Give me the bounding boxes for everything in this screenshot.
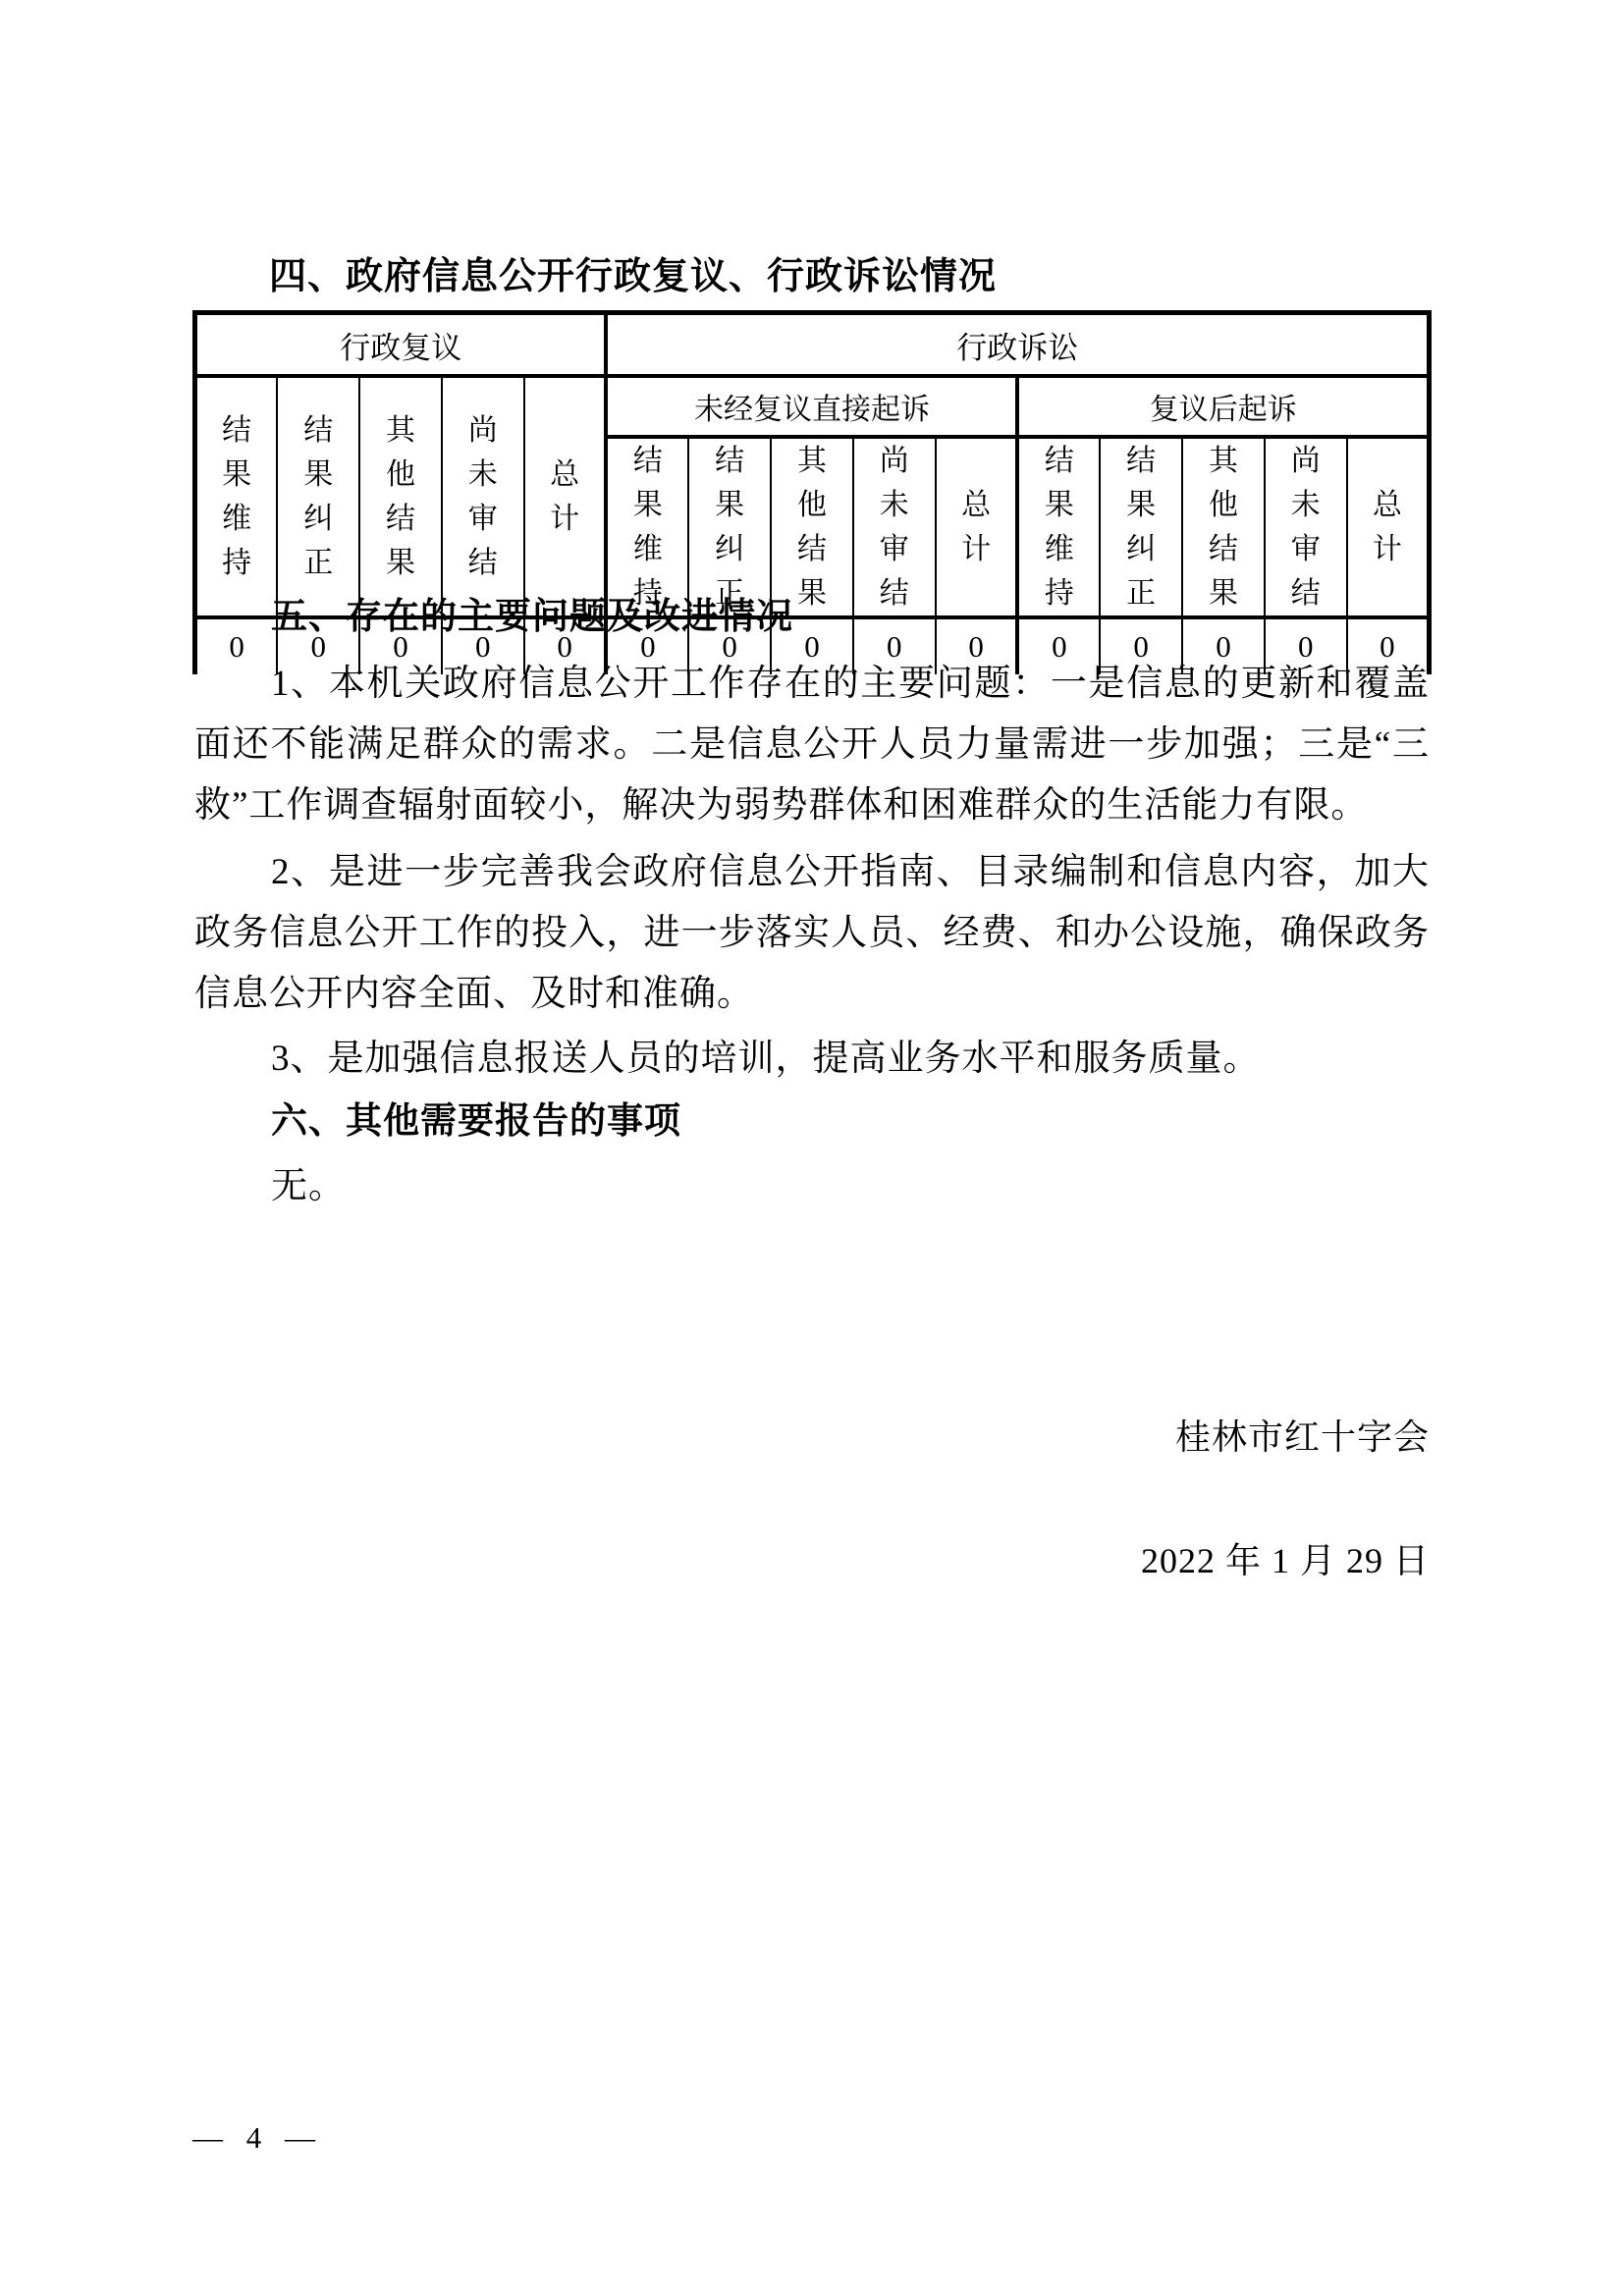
col-header-pending: 尚未审结 bbox=[442, 376, 524, 617]
col-header-result-upheld: 结果维持 bbox=[195, 376, 278, 617]
col-header-result-corrected: 结果纠正 bbox=[1100, 437, 1182, 617]
col-header-result-corrected: 结果纠正 bbox=[688, 437, 771, 617]
section6-heading: 六、其他需要报告的事项 bbox=[271, 1099, 681, 1143]
group-header-admin-litigation: 行政诉讼 bbox=[606, 313, 1429, 377]
section5-heading: 五、存在的主要问题及改进情况 bbox=[271, 595, 793, 638]
page-number: — 4 — bbox=[192, 2120, 317, 2156]
subgroup-header-suit-after-review: 复议后起诉 bbox=[1017, 376, 1429, 437]
col-header-result-upheld: 结果维持 bbox=[1017, 437, 1100, 617]
section6-body: 无。 bbox=[194, 1156, 1430, 1217]
group-header-admin-review: 行政复议 bbox=[195, 313, 607, 377]
section5-paragraph-3: 3、是加强信息报送人员的培训，提高业务水平和服务质量。 bbox=[194, 1029, 1430, 1090]
section4-heading: 四、政府信息公开行政复议、行政诉讼情况 bbox=[269, 255, 997, 298]
col-header-pending: 尚未审结 bbox=[853, 437, 936, 617]
section5-paragraph-1: 1、本机关政府信息公开工作存在的主要问题：一是信息的更新和覆盖面还不能满足群众的… bbox=[194, 654, 1430, 836]
table-subgroup-header-row: 结果维持 结果纠正 其他结果 尚未审结 总计 未经复议直接起诉 复议后起诉 bbox=[195, 376, 1430, 437]
col-header-result-corrected: 结果纠正 bbox=[277, 376, 359, 617]
col-header-pending: 尚未审结 bbox=[1265, 437, 1347, 617]
table-group-header-row: 行政复议 行政诉讼 bbox=[195, 313, 1430, 377]
col-header-total: 总计 bbox=[936, 437, 1018, 617]
subgroup-header-direct-suit: 未经复议直接起诉 bbox=[606, 376, 1017, 437]
signature-date: 2022 年 1 月 29 日 bbox=[194, 1537, 1430, 1584]
col-header-total: 总计 bbox=[524, 376, 607, 617]
col-header-other-result: 其他结果 bbox=[1182, 437, 1265, 617]
signature-organization: 桂林市红十字会 bbox=[194, 1414, 1430, 1461]
col-header-total: 总计 bbox=[1347, 437, 1430, 617]
document-page: 四、政府信息公开行政复议、行政诉讼情况 行政复议 行政诉讼 结果维持 结果纠正 … bbox=[0, 0, 1624, 2296]
col-header-other-result: 其他结果 bbox=[359, 376, 442, 617]
section5-paragraph-2: 2、是进一步完善我会政府信息公开指南、目录编制和信息内容，加大政务信息公开工作的… bbox=[194, 842, 1430, 1025]
col-header-other-result: 其他结果 bbox=[771, 437, 853, 617]
col-header-result-upheld: 结果维持 bbox=[606, 437, 688, 617]
